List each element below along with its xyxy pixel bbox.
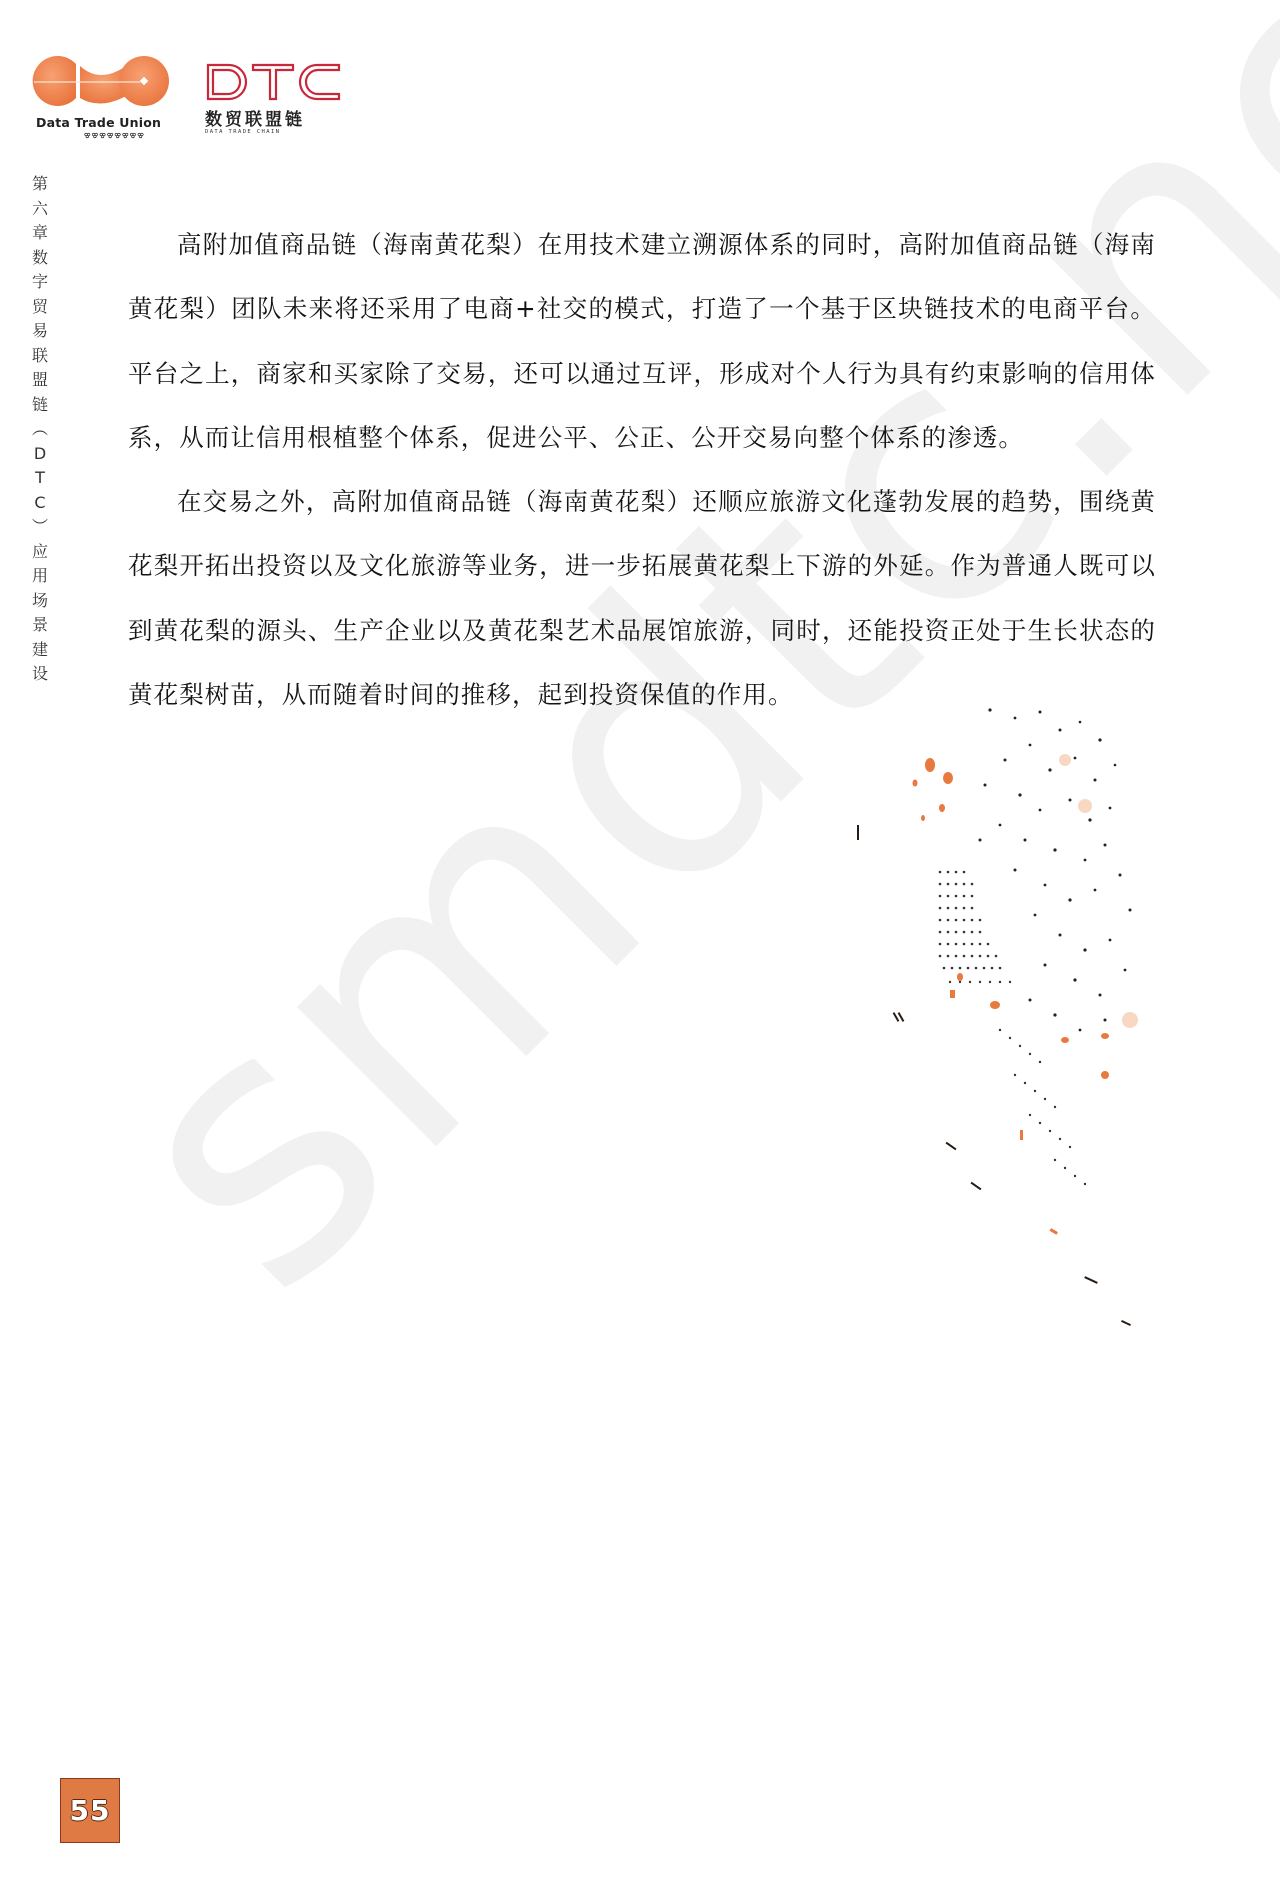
chapter-sidebar-glyph: T [29,466,51,491]
page-number-badge: 55 [60,1778,120,1843]
dtc-logo: 数贸联盟链 DATA TRADE CHAIN [200,60,350,142]
chapter-sidebar-glyph: 联 [29,344,51,369]
union-circles-icon [30,54,170,108]
union-logo-subtitle: ꕢꕢꕢꕢꕢꕢꕢꕢ [84,132,145,141]
chapter-sidebar-glyph: 字 [29,270,51,295]
chapter-sidebar-glyph: ︵ [29,417,51,442]
chapter-sidebar-glyph: 数 [29,246,51,271]
paragraph-1: 高附加值商品链（海南黄花梨）在用技术建立溯源体系的同时，高附加值商品链（海南黄花… [128,213,1156,470]
dtc-english-tag: DATA TRADE CHAIN [205,129,280,135]
chapter-sidebar-glyph: 用 [29,564,51,589]
chapter-sidebar-glyph: 设 [29,662,51,687]
chapter-sidebar-glyph: 景 [29,613,51,638]
particle-decoration-icon [840,700,1180,1340]
chapter-sidebar-glyph: C [29,491,51,516]
union-logo-name: Data Trade Union [36,115,161,130]
chapter-sidebar-glyph: 应 [29,540,51,565]
chapter-sidebar-glyph: D [29,442,51,467]
chapter-sidebar-glyph: 链 [29,393,51,418]
chapter-sidebar-glyph: 贸 [29,295,51,320]
paragraph-2: 在交易之外，高附加值商品链（海南黄花梨）还顺应旅游文化蓬勃发展的趋势，围绕黄花梨… [128,470,1156,727]
page-number: 55 [70,1794,111,1827]
chapter-sidebar-glyph: 建 [29,638,51,663]
chapter-sidebar-glyph: 第 [29,172,51,197]
chapter-sidebar-glyph: 场 [29,589,51,614]
chapter-sidebar-title: 第六章数字贸易联盟链︵DTC︶应用场景建设 [29,172,51,687]
chapter-sidebar-glyph: 易 [29,319,51,344]
chapter-sidebar-glyph: ︶ [29,515,51,540]
chapter-sidebar-glyph: 盟 [29,368,51,393]
main-content: 高附加值商品链（海南黄花梨）在用技术建立溯源体系的同时，高附加值商品链（海南黄花… [128,213,1156,727]
chapter-sidebar-glyph: 章 [29,221,51,246]
chapter-sidebar-glyph: 六 [29,197,51,222]
data-trade-union-logo: Data Trade Union ꕢꕢꕢꕢꕢꕢꕢꕢ [28,52,178,142]
dtc-letters-icon [205,62,343,102]
dtc-chinese-name: 数贸联盟链 [205,105,305,130]
